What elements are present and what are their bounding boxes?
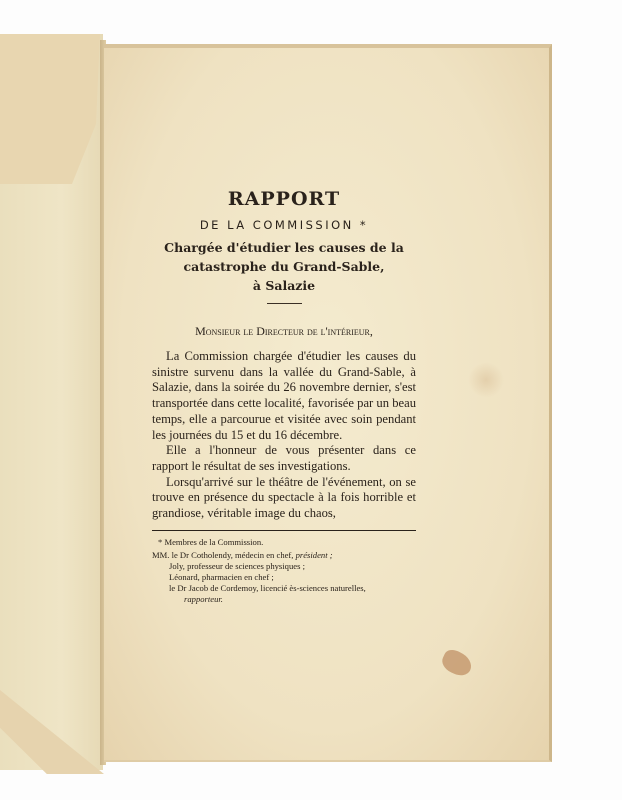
body-text: La Commission chargée d'étudier les caus…	[152, 349, 416, 522]
document-heading: Chargée d'étudier les causes de la catas…	[152, 238, 416, 295]
footnote-line: rapporteur.	[152, 594, 416, 605]
title-divider	[267, 303, 302, 304]
paragraph: Lorsqu'arrivé sur le théâtre de l'événem…	[152, 475, 416, 522]
paper-stain	[468, 362, 504, 398]
heading-line: catastrophe du Grand-Sable,	[152, 257, 416, 276]
footnote-line: Joly, professeur de sciences physiques ;	[152, 561, 416, 572]
salutation: Monsieur le Directeur de l'intérieur,	[152, 324, 416, 339]
paragraph: La Commission chargée d'étudier les caus…	[152, 349, 416, 443]
page-content: RAPPORT DE LA COMMISSION * Chargée d'étu…	[152, 188, 416, 605]
footnote-header: * Membres de la Commission.	[152, 537, 416, 548]
heading-line: à Salazie	[152, 276, 416, 295]
footnote-line: MM. le Dr Cotholendy, médecin en chef, p…	[152, 550, 416, 561]
footnote-line: le Dr Jacob de Cordemoy, licencié ès-sci…	[152, 583, 416, 594]
document-subtitle: DE LA COMMISSION *	[152, 218, 416, 232]
paragraph: Elle a l'honneur de vous présenter dans …	[152, 443, 416, 474]
footnote-role: président ;	[296, 550, 333, 560]
footnote: * Membres de la Commission. MM. le Dr Co…	[152, 537, 416, 605]
heading-line: Chargée d'étudier les causes de la	[152, 238, 416, 257]
footnote-line: Léonard, pharmacien en chef ;	[152, 572, 416, 583]
footnote-text: MM. le Dr Cotholendy, médecin en chef,	[152, 550, 296, 560]
document-title: RAPPORT	[152, 188, 416, 210]
footnote-divider	[152, 530, 416, 531]
